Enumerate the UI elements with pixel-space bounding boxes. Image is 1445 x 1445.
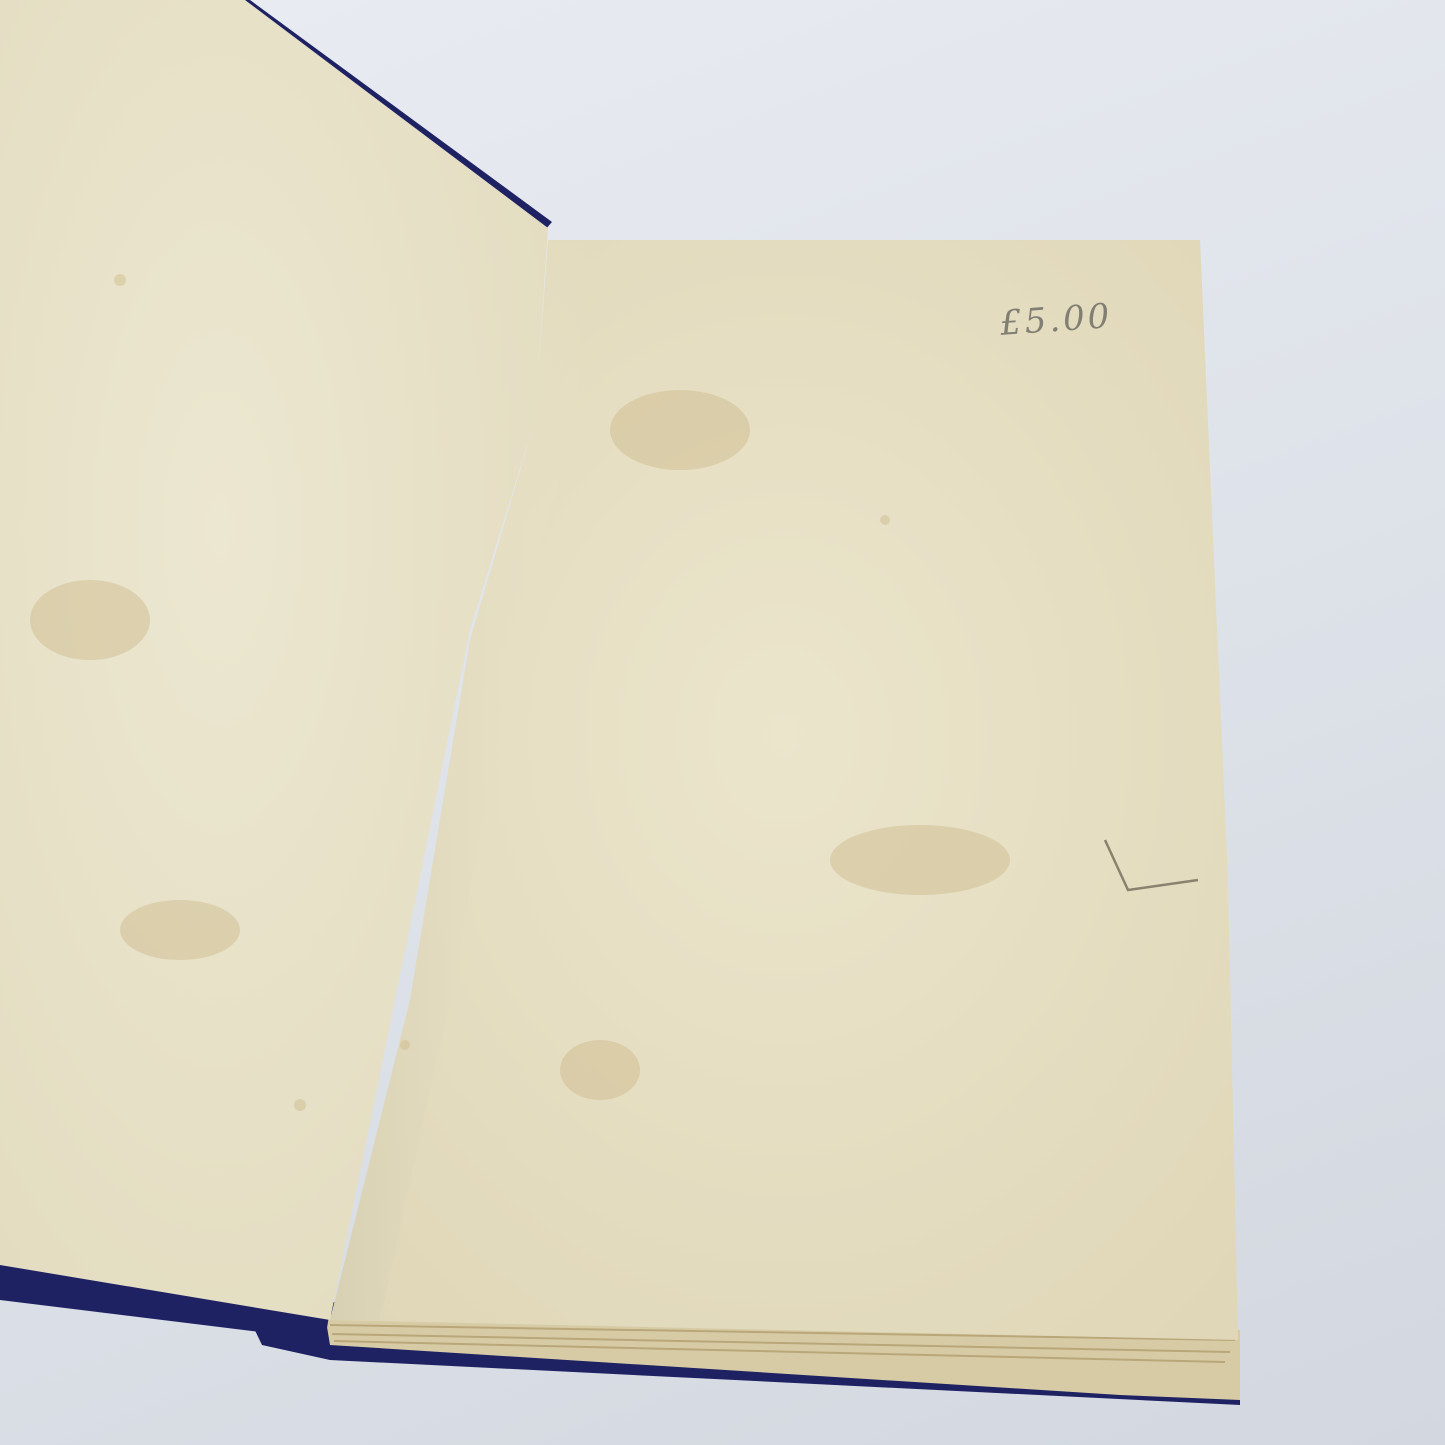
book-photo: £5.00 — [0, 0, 1445, 1445]
pencil-price-note: £5.00 — [999, 296, 1114, 344]
book-illustration — [0, 0, 1445, 1445]
